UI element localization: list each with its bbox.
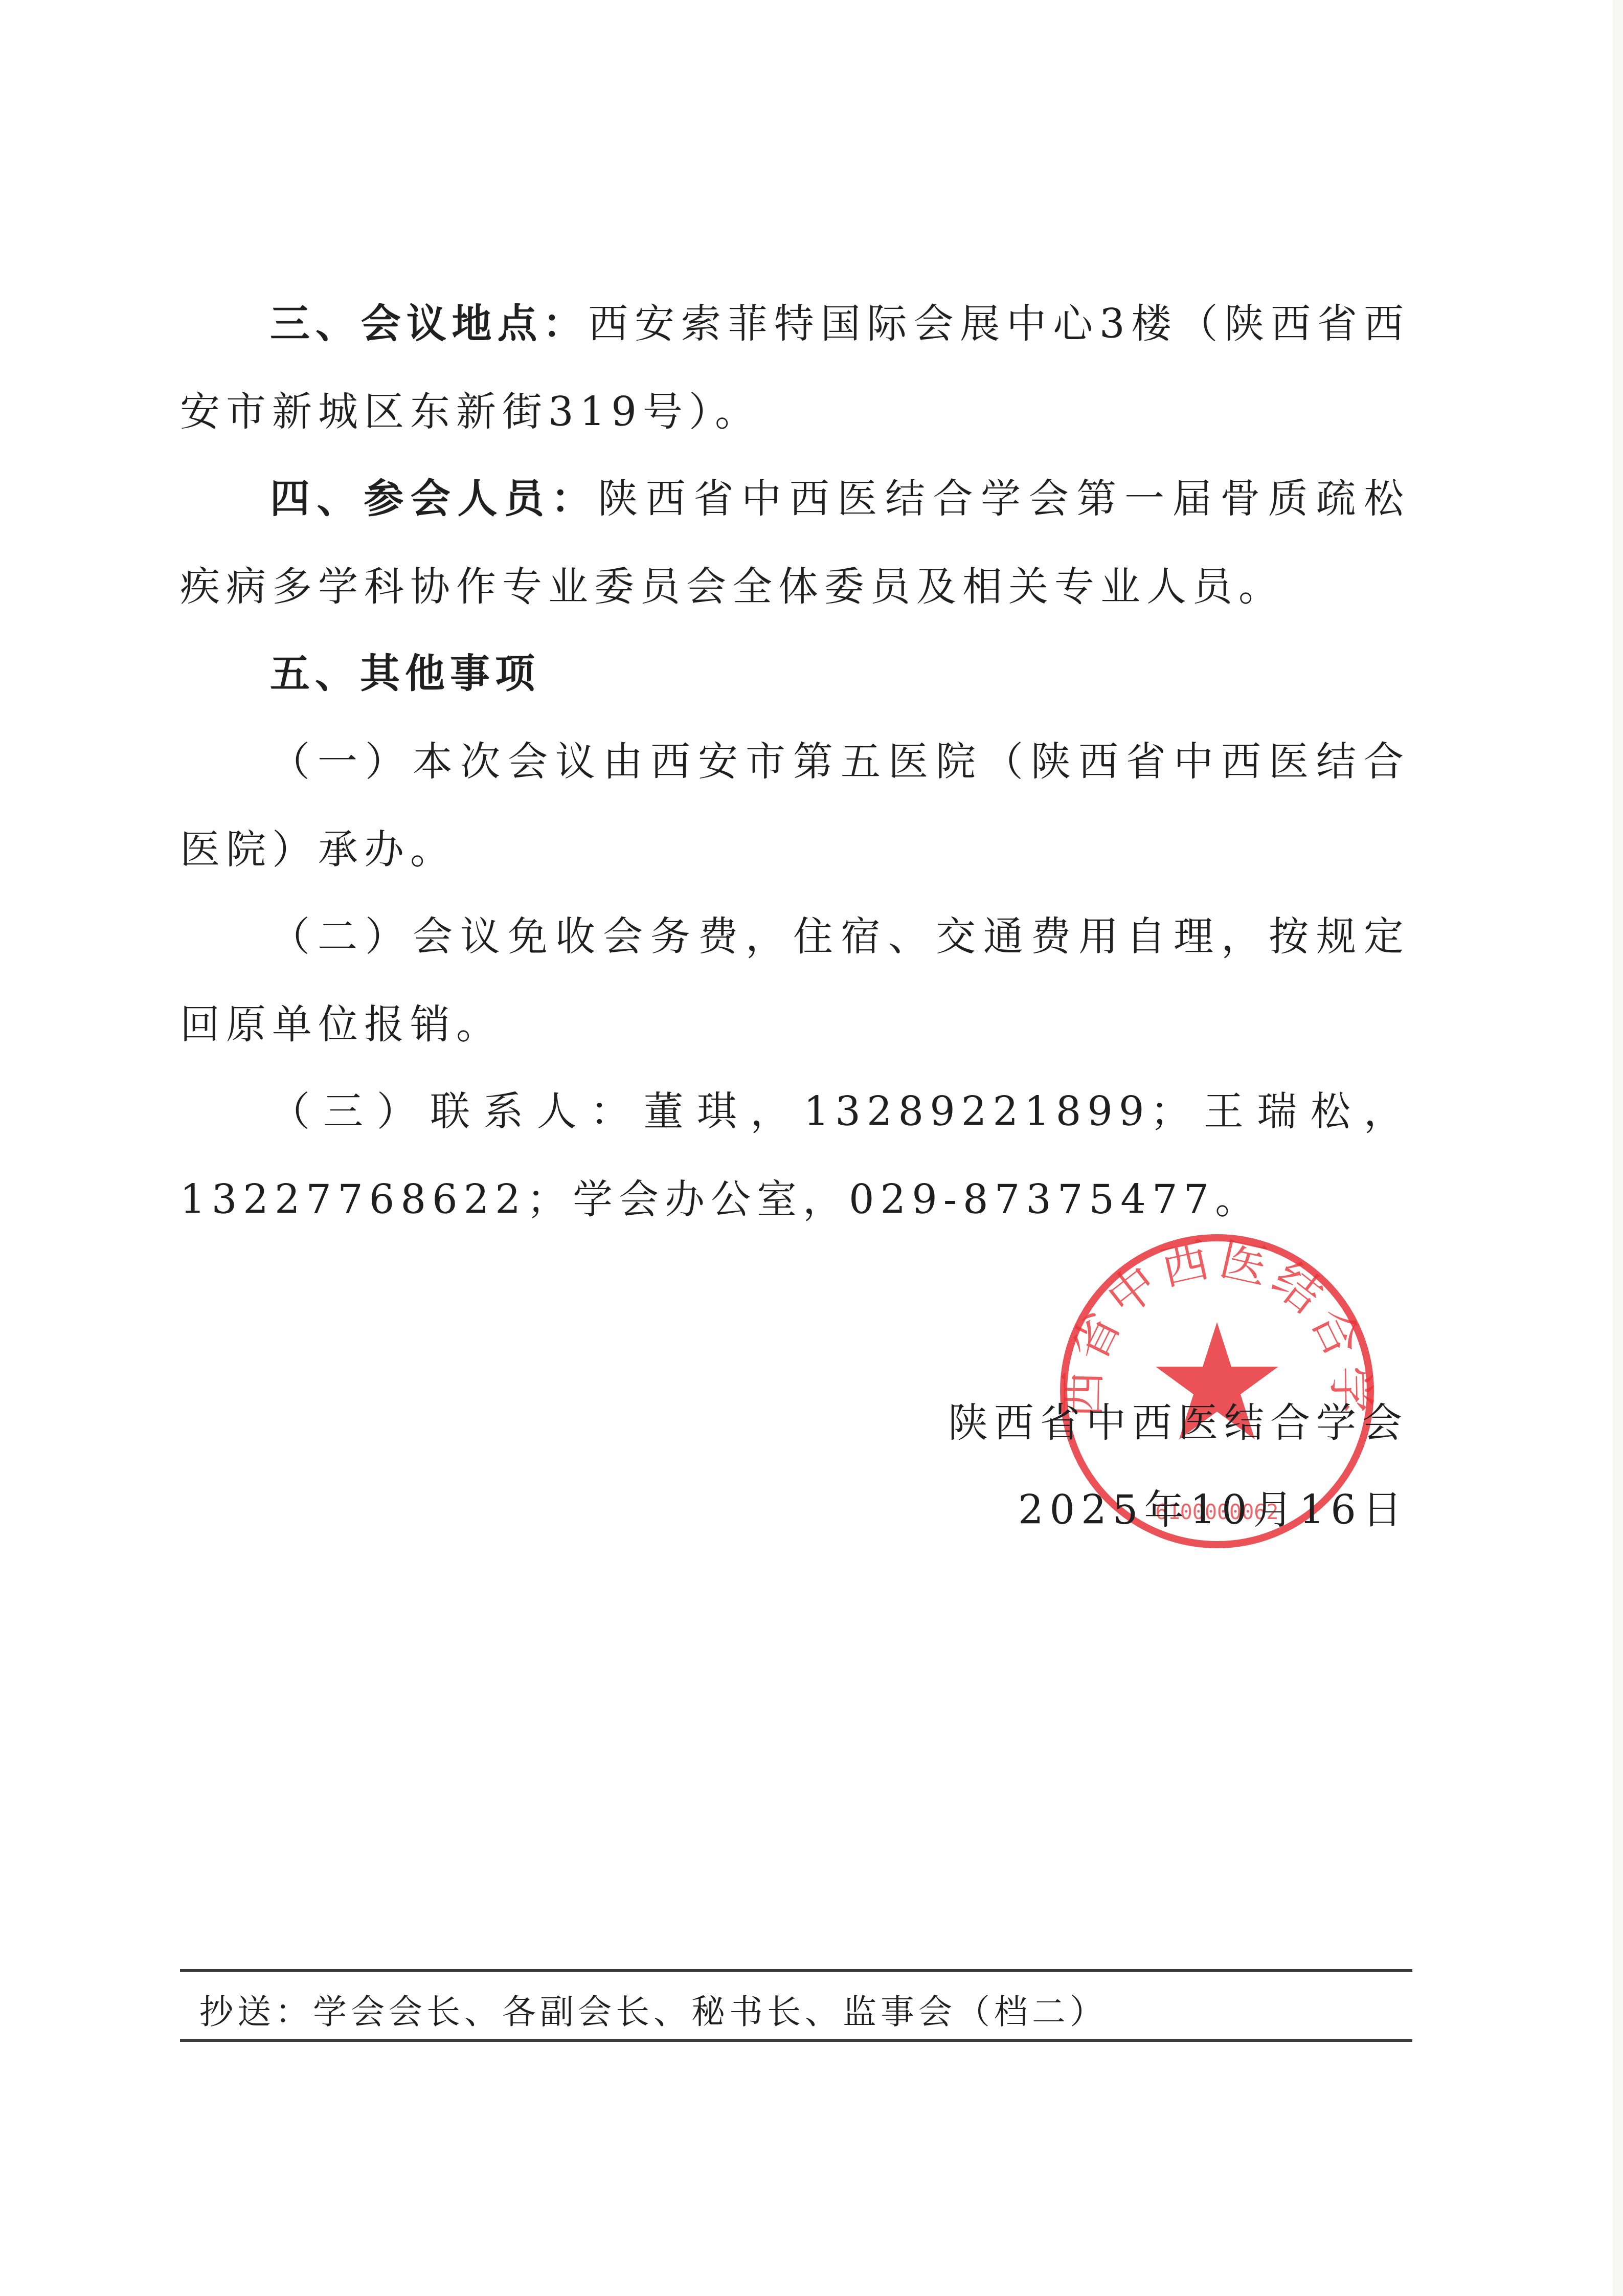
signature-date: 2025年10月16日 [1018, 1478, 1408, 1535]
section-attendees: 四、参会人员：陕西省中西医结合学会第一届骨质疏松疾病多学科协作专业委员会全体委员… [180, 455, 1410, 631]
cc-bottom-rule [180, 2039, 1412, 2042]
page-edge [1613, 0, 1623, 2296]
section-other-heading: 五、其他事项 [180, 630, 1410, 718]
other-item-3: （三）联系人：董琪，13289221899；王瑞松，13227768622；学会… [180, 1068, 1410, 1244]
cc-distribution: 抄送：学会会长、各副会长、秘书长、监事会（档二） [199, 1985, 1108, 2033]
seal-text: 陕西省中西医结合学会 [1053, 1228, 1379, 1419]
section-attendees-heading: 四、参会人员： [270, 476, 598, 522]
cc-top-rule [180, 1969, 1412, 1972]
other-item-2: （二）会议免收会务费，住宿、交通费用自理，按规定回原单位报销。 [180, 893, 1410, 1069]
svg-text:陕西省中西医结合学会: 陕西省中西医结合学会 [1053, 1228, 1379, 1419]
section-location-heading: 三、会议地点： [270, 301, 588, 347]
other-item-1: （一）本次会议由西安市第五医院（陕西省中西医结合医院）承办。 [180, 718, 1410, 894]
section-location: 三、会议地点：西安索菲特国际会展中心3楼（陕西省西安市新城区东新街319号）。 [180, 280, 1410, 456]
signature-organization: 陕西省中西医结合学会 [948, 1391, 1408, 1448]
